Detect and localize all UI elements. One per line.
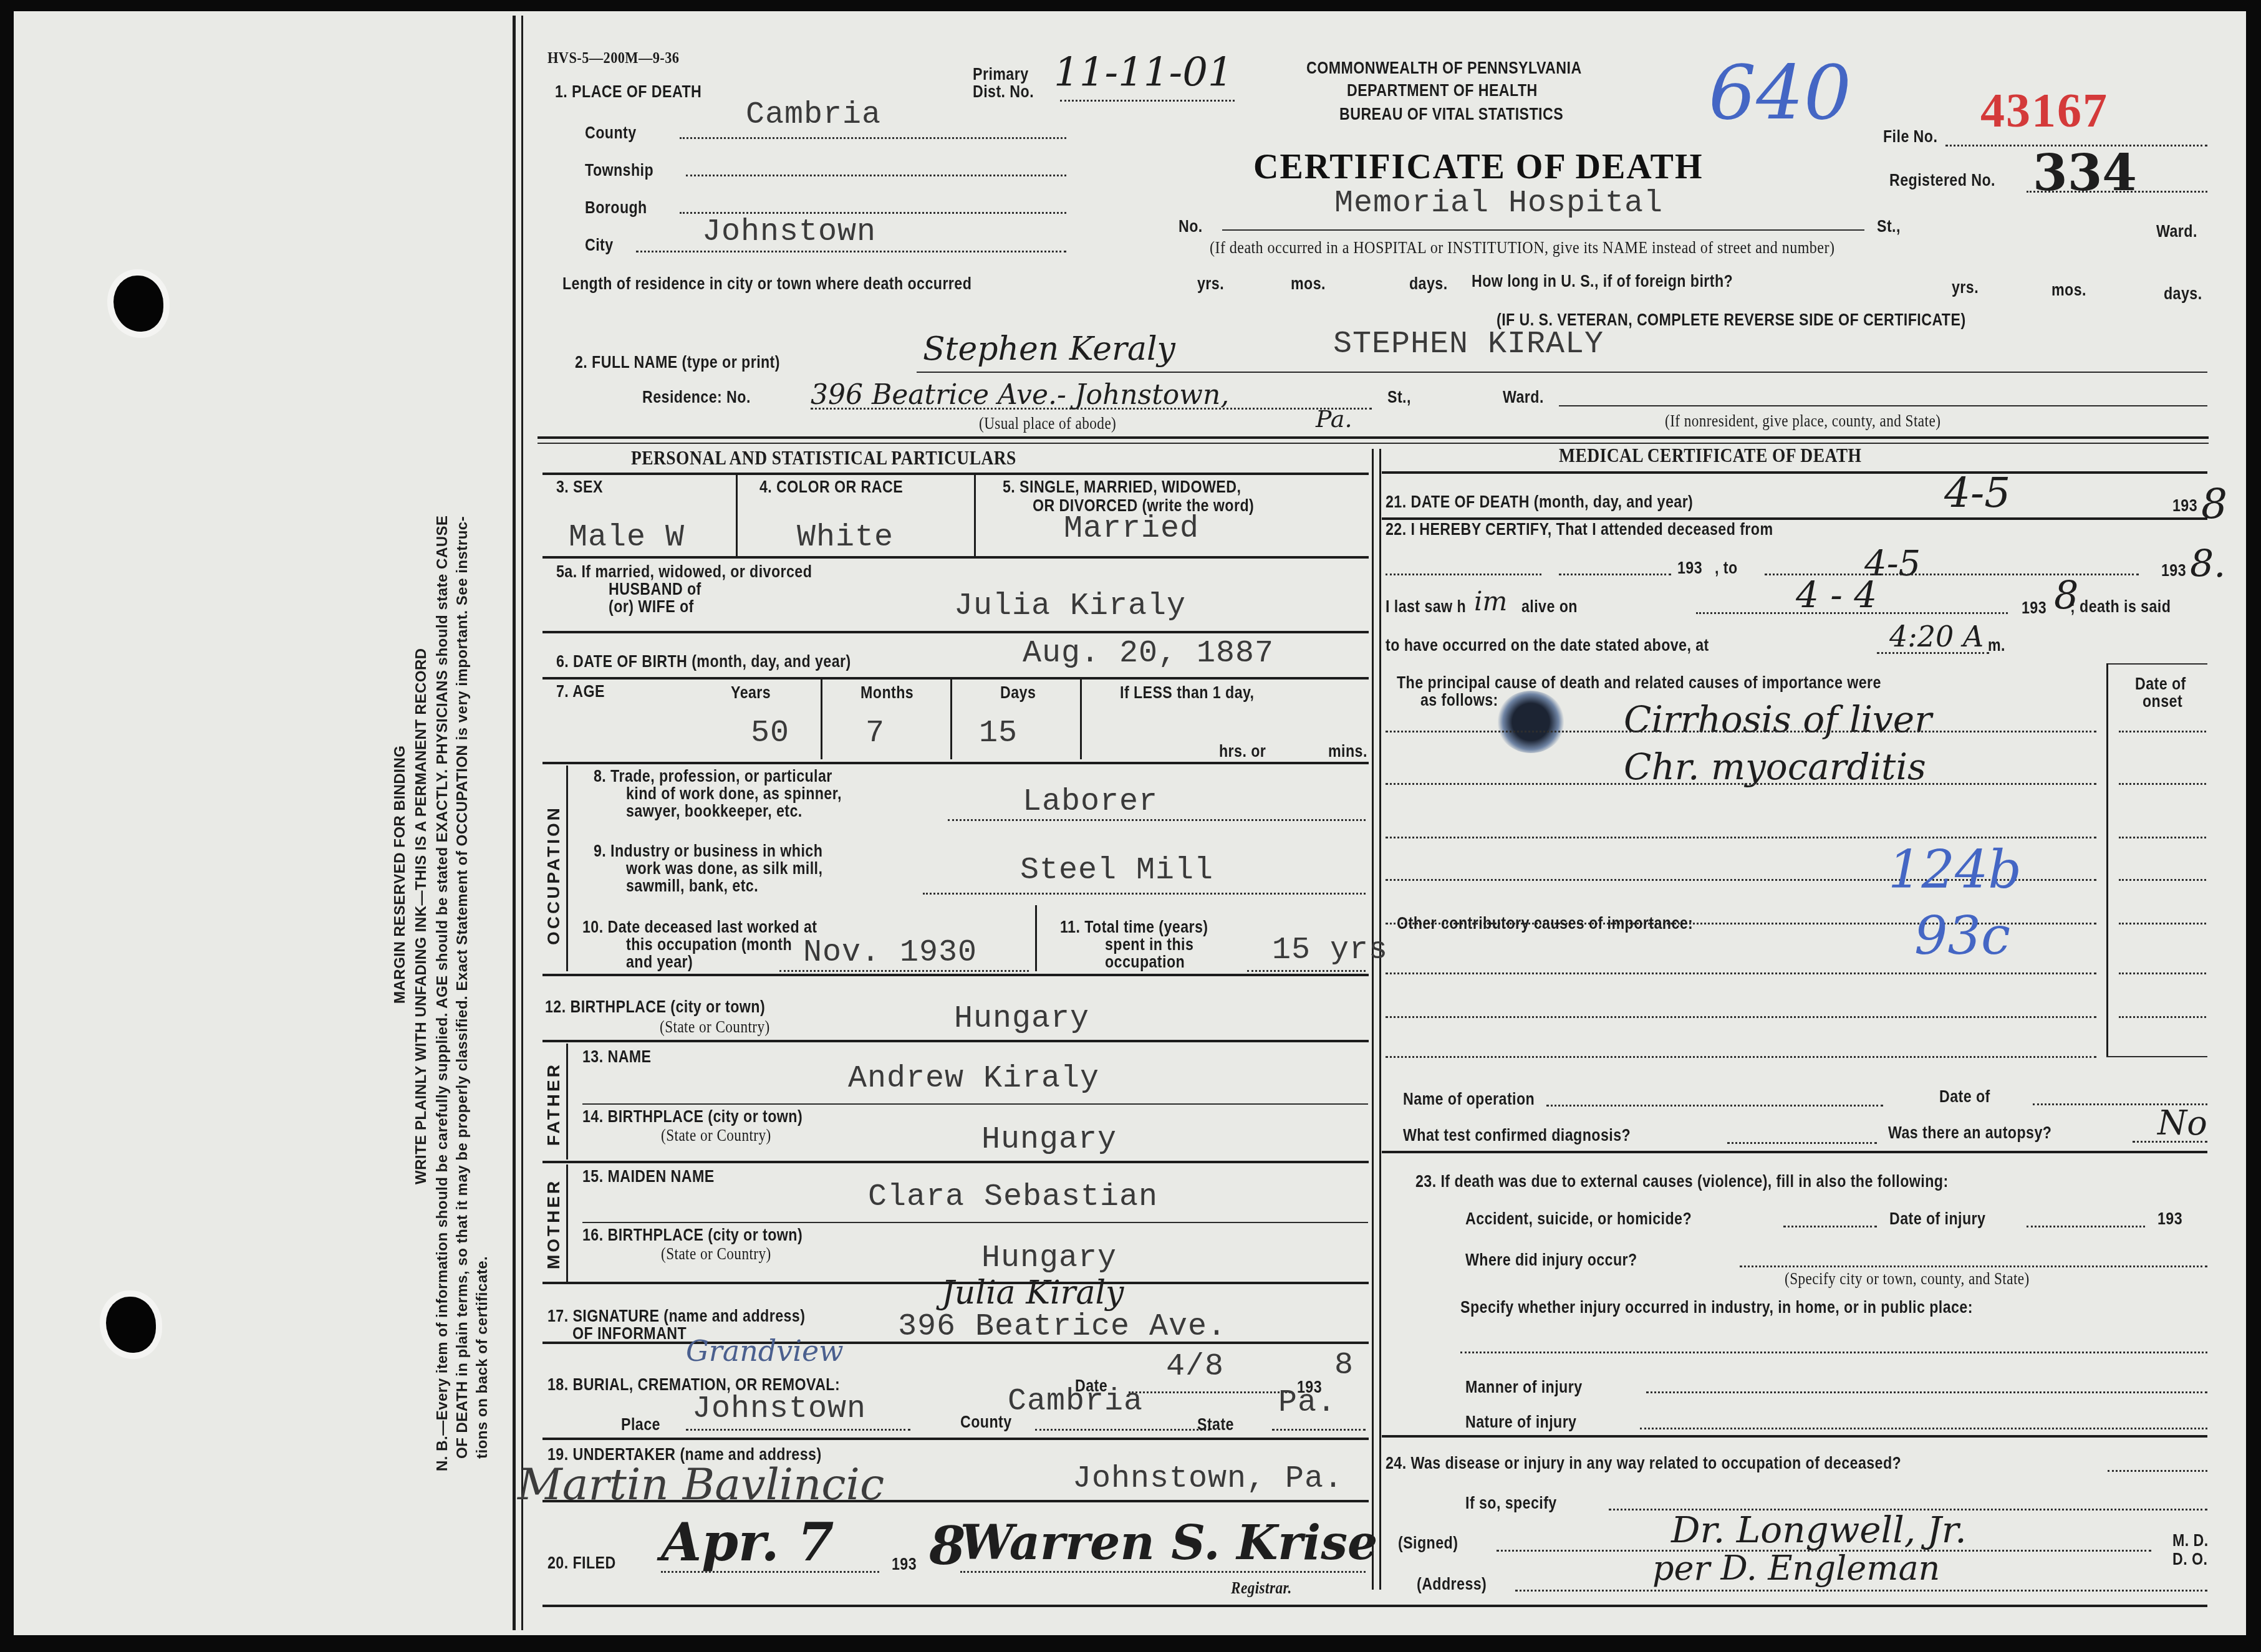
age-years-divider xyxy=(821,680,822,759)
us-yrs: yrs. xyxy=(1952,278,1979,297)
cause-line-2: Chr. myocarditis xyxy=(1624,746,1926,788)
margin-ink-note: WRITE PLAINLY WITH UNFADING INK—THIS IS … xyxy=(413,648,430,1184)
row-rule-5a xyxy=(542,631,1369,633)
birthplace-label-2: (State or Country) xyxy=(660,1017,770,1037)
row-rule-7 xyxy=(542,762,1369,764)
signed-label: (Signed) xyxy=(1398,1534,1458,1553)
trade-label-3: sawyer, bookkeeper, etc. xyxy=(626,802,803,821)
form-code: HVS-5—200M—9-36 xyxy=(547,49,679,67)
row-rule-12 xyxy=(542,1040,1369,1042)
institution-line xyxy=(1222,229,1864,231)
accident-label: Accident, suicide, or homicide? xyxy=(1465,1209,1692,1229)
cause-rule-3 xyxy=(1386,837,2096,838)
last-worked-line xyxy=(779,970,1029,972)
full-name-line xyxy=(917,372,2207,373)
attended-to-year-digit: 8. xyxy=(2190,542,2225,586)
physician-per: per D. Engleman xyxy=(1652,1549,1940,1588)
onset-box-top xyxy=(2106,663,2207,665)
last-worked-value: Nov. 1930 xyxy=(803,935,977,971)
abode-hint: (Usual place of abode) xyxy=(979,414,1116,433)
burial-state-line xyxy=(1272,1429,1366,1431)
attended-to-label: , to xyxy=(1715,559,1738,578)
total-time-label-1: 11. Total time (years) xyxy=(1060,918,1208,937)
operation-label: Name of operation xyxy=(1403,1090,1535,1109)
specify-place-line xyxy=(1460,1352,2207,1353)
certify-label: 22. I HEREBY CERTIFY, That I attended de… xyxy=(1386,520,1773,539)
dod-year-digit: 8 xyxy=(2201,480,2227,528)
spouse-label-3: (or) WIFE of xyxy=(609,597,694,617)
manner-line xyxy=(1646,1391,2207,1393)
sex-label: 3. SEX xyxy=(556,478,603,497)
age-hrs-label: hrs. or xyxy=(1219,742,1266,761)
operation-date-label: Date of xyxy=(1939,1087,1990,1107)
row-rule-11 xyxy=(542,974,1369,976)
address-line xyxy=(1515,1590,2207,1592)
filed-label: 20. FILED xyxy=(547,1554,616,1573)
medical-rule-injury xyxy=(1382,1435,2207,1438)
personal-heading: PERSONAL AND STATISTICAL PARTICULARS xyxy=(631,446,1016,469)
dist-no-label: Dist. No. xyxy=(973,82,1034,102)
father-name-label: 13. NAME xyxy=(582,1047,652,1067)
dod-year-prefix: 193 xyxy=(2172,496,2197,516)
mother-birthplace-value: Hungary xyxy=(981,1241,1117,1276)
registered-no-label: Registered No. xyxy=(1889,171,1995,190)
column-divider-left xyxy=(1372,449,1374,1590)
contributory-rule-2 xyxy=(1386,1016,2096,1018)
age-days-label: Days xyxy=(1000,683,1036,703)
burial-date-value: 4/8 xyxy=(1166,1349,1224,1385)
cause-label-1: The principal cause of death and related… xyxy=(1397,673,1881,693)
trade-label-1: 8. Trade, profession, or particular xyxy=(594,767,832,786)
street-no-label: No. xyxy=(1179,217,1203,236)
blue-code-93c: 93c xyxy=(1914,905,2010,966)
onset-label-1: Date of xyxy=(2135,675,2186,694)
row-rule-15 xyxy=(582,1222,1368,1223)
age-months-label: Months xyxy=(861,683,914,703)
burial-state-value: Pa. xyxy=(1278,1385,1336,1421)
city-value: Johnstown xyxy=(702,214,876,250)
informant-label-1: 17. SIGNATURE (name and address) xyxy=(547,1307,805,1326)
age-mins-label: mins. xyxy=(1328,742,1367,761)
race-label: 4. COLOR OR RACE xyxy=(759,478,903,497)
margin-nb-line-2: OF DEATH in plain terms, so that it may … xyxy=(454,516,471,1459)
mother-side-label: MOTHER xyxy=(544,1179,564,1269)
residence-yrs: yrs. xyxy=(1197,274,1224,294)
last-worked-label-1: 10. Date deceased last worked at xyxy=(582,918,817,937)
injury-date-label: Date of injury xyxy=(1889,1209,1985,1229)
occupation-time-divider xyxy=(1035,905,1037,971)
row-rule-6 xyxy=(542,677,1369,680)
autopsy-label: Was there an autopsy? xyxy=(1888,1123,2051,1143)
birthplace-value: Hungary xyxy=(954,1001,1089,1037)
onset-box-divider xyxy=(2106,663,2108,1056)
informant-label-2: OF INFORMANT xyxy=(572,1324,687,1343)
address-label: (Address) xyxy=(1417,1575,1487,1594)
file-no-label: File No. xyxy=(1883,127,1937,146)
residence-length-label: Length of residence in city or town wher… xyxy=(562,274,971,294)
external-causes-label: 23. If death was due to external causes … xyxy=(1415,1172,1949,1191)
township-label: Township xyxy=(585,161,653,180)
binding-border-right xyxy=(521,16,523,1630)
marital-value: Married xyxy=(1064,511,1199,547)
alive-on-label: alive on xyxy=(1521,597,1578,617)
burial-county-line xyxy=(1035,1429,1210,1431)
mother-birthplace-label-1: 16. BIRTHPLACE (city or town) xyxy=(582,1226,803,1245)
row-rule-20 xyxy=(542,1605,2207,1607)
occurred-label: to have occurred on the date stated abov… xyxy=(1386,636,1709,655)
township-line xyxy=(686,175,1066,176)
registered-no-line xyxy=(2027,191,2207,193)
onset-label-2: onset xyxy=(2143,692,2182,711)
county-label: County xyxy=(585,123,637,143)
undertaker-address: Johnstown, Pa. xyxy=(1073,1461,1343,1497)
father-name-value: Andrew Kiraly xyxy=(848,1061,1099,1097)
physician-signature: Dr. Longwell, Jr. xyxy=(1671,1509,1967,1551)
residence-value: 396 Beatrice Ave.- Johnstown, xyxy=(811,379,1229,411)
dob-label: 6. DATE OF BIRTH (month, day, and year) xyxy=(556,652,851,671)
age-years-label: Years xyxy=(731,683,771,703)
residence-mos: mos. xyxy=(1291,274,1326,294)
mother-side-divider xyxy=(566,1165,568,1282)
certificate-title: CERTIFICATE OF DEATH xyxy=(1253,147,1704,187)
trade-line xyxy=(948,819,1366,821)
occupation-related-label: 24. Was disease or injury in any way rel… xyxy=(1386,1454,1901,1473)
time-line xyxy=(1877,652,1989,654)
column-divider-right xyxy=(1379,449,1381,1590)
age-months-value: 7 xyxy=(865,716,885,751)
residence-ward-label: Ward. xyxy=(1503,388,1544,407)
onset-rule-6 xyxy=(2119,972,2206,974)
dod-value: 4-5 xyxy=(1944,469,2010,517)
death-said-label: ; death is said xyxy=(2070,597,2171,617)
onset-box-bottom xyxy=(2106,1056,2207,1057)
burial-place-value: Johnstown xyxy=(692,1391,866,1427)
city-line xyxy=(636,251,1066,252)
onset-rule-1 xyxy=(2119,731,2206,732)
total-time-value: 15 yrs xyxy=(1272,933,1388,968)
burial-place-line xyxy=(686,1429,910,1431)
onset-rule-4 xyxy=(2119,879,2206,881)
total-time-line xyxy=(1247,970,1366,972)
where-label: Where did injury occur? xyxy=(1465,1251,1637,1270)
how-long-us-label: How long in U. S., if of foreign birth? xyxy=(1472,272,1733,291)
test-line xyxy=(1727,1142,1877,1144)
institution-value: Memorial Hospital xyxy=(1334,186,1663,221)
burial-state-label: State xyxy=(1197,1415,1234,1434)
registrar-line xyxy=(960,1571,1366,1573)
cause-rule-1 xyxy=(1386,731,2096,732)
blue-code-124b: 124b xyxy=(1888,839,2022,900)
primary-label: Primary xyxy=(973,65,1029,84)
time-of-death: 4:20 A xyxy=(1889,620,1984,653)
occupation-related-line xyxy=(2108,1470,2207,1472)
sex-race-divider xyxy=(736,475,738,556)
row-rule-14 xyxy=(542,1161,1369,1163)
attended-to-year-prefix: 193 xyxy=(2161,561,2186,580)
spouse-label-1: 5a. If married, widowed, or divorced xyxy=(556,562,812,582)
father-birthplace-label-1: 14. BIRTHPLACE (city or town) xyxy=(582,1107,803,1126)
residence-ward-line xyxy=(1559,405,2207,406)
burial-year-digit: 8 xyxy=(1334,1348,1354,1383)
operation-line xyxy=(1546,1105,1883,1107)
county-value: Cambria xyxy=(746,97,881,133)
father-side-label: FATHER xyxy=(544,1062,564,1146)
last-worked-label-2: this occupation (month xyxy=(626,935,792,954)
row-rule-17 xyxy=(542,1342,1369,1344)
nonresident-hint: (If nonresident, give place, county, and… xyxy=(1665,411,1940,431)
mother-name-value: Clara Sebastian xyxy=(868,1179,1158,1215)
attended-from-line-1 xyxy=(1386,574,1541,575)
institution-hint: (If death occurred in a HOSPITAL or INST… xyxy=(1210,238,1834,258)
issuer-line-2: DEPARTMENT OF HEALTH xyxy=(1347,81,1538,100)
residence-st-label: St., xyxy=(1387,388,1411,407)
specify-place-label: Specify whether injury occurred in indus… xyxy=(1460,1298,1973,1317)
last-saw-year-prefix: 193 xyxy=(2022,598,2046,618)
age-months-divider xyxy=(950,680,952,759)
mother-name-label: 15. MAIDEN NAME xyxy=(582,1167,715,1186)
total-time-label-3: occupation xyxy=(1105,953,1185,972)
filed-year-prefix: 193 xyxy=(892,1555,917,1574)
punch-hole-top xyxy=(113,276,163,332)
last-saw-date: 4 - 4 xyxy=(1796,574,1877,616)
cause-rule-2 xyxy=(1386,783,2096,785)
industry-label-2: work was done, as silk mill, xyxy=(626,859,822,878)
autopsy-value: No xyxy=(2157,1103,2207,1143)
filed-date-line xyxy=(661,1571,879,1573)
cause-label-2: as follows: xyxy=(1420,691,1498,710)
full-name-label: 2. FULL NAME (type or print) xyxy=(575,353,780,372)
contributory-rule-3 xyxy=(1386,1056,2096,1058)
main-divider-2 xyxy=(538,443,2209,444)
accident-line xyxy=(1783,1226,1877,1227)
county-line xyxy=(680,137,1066,139)
onset-rule-3 xyxy=(2119,837,2206,838)
ink-blot xyxy=(1497,691,1565,753)
blue-annotation-640: 640 xyxy=(1709,50,1851,137)
personal-heading-rule xyxy=(542,473,1369,475)
onset-rule-7 xyxy=(2119,1016,2206,1018)
where-line xyxy=(1740,1265,2207,1267)
binding-border-left xyxy=(513,16,516,1630)
main-divider-1 xyxy=(538,436,2209,439)
medical-rule-operation xyxy=(1382,1151,2207,1153)
race-value: White xyxy=(797,520,894,555)
row-rule-13 xyxy=(582,1103,1368,1105)
margin-nb-line-3: tions on back of certificate. xyxy=(474,1256,491,1459)
md-label: M. D. xyxy=(2172,1531,2209,1550)
occupation-side-divider xyxy=(566,766,568,971)
manner-label: Manner of injury xyxy=(1465,1378,1582,1397)
sex-value: Male W xyxy=(569,520,685,555)
burial-cemetery-handwritten: Grandview xyxy=(686,1334,844,1368)
registrar-label: Registrar. xyxy=(1231,1578,1292,1598)
city-label: City xyxy=(585,236,614,255)
death-certificate: MARGIN RESERVED FOR BINDING WRITE PLAINL… xyxy=(0,0,2261,1652)
place-of-death-heading: 1. PLACE OF DEATH xyxy=(555,82,701,102)
informant-address: 396 Beatrice Ave. xyxy=(898,1309,1227,1345)
issuer-line-3: BUREAU OF VITAL STATISTICS xyxy=(1339,105,1563,124)
residence-days: days. xyxy=(1409,274,1448,294)
last-saw-line xyxy=(1696,612,2008,614)
last-saw-label: I last saw h xyxy=(1386,597,1466,617)
residence-label: Residence: No. xyxy=(642,388,751,407)
burial-county-label: County xyxy=(960,1413,1012,1432)
contributory-label: Other contributory causes of importance: xyxy=(1397,914,1693,933)
industry-label-1: 9. Industry or business in which xyxy=(594,842,822,861)
age-days-divider xyxy=(1080,680,1082,759)
industry-label-3: sawmill, bank, etc. xyxy=(626,876,758,896)
occupation-side-label: OCCUPATION xyxy=(544,805,564,945)
last-worked-label-3: and year) xyxy=(626,953,693,972)
mother-birthplace-label-2: (State or Country) xyxy=(661,1244,771,1264)
spouse-value: Julia Kiraly xyxy=(954,588,1186,624)
spouse-label-2: HUSBAND of xyxy=(609,580,701,599)
attended-from-line-2 xyxy=(1559,574,1671,575)
industry-value: Steel Mill xyxy=(1020,853,1213,888)
onset-rule-2 xyxy=(2119,783,2206,785)
burial-county-value: Cambria xyxy=(1008,1384,1143,1419)
father-side-divider xyxy=(566,1044,568,1160)
full-name-typed: STEPHEN KIRALY xyxy=(1333,327,1604,362)
nature-label: Nature of injury xyxy=(1465,1413,1576,1432)
autopsy-line xyxy=(2133,1141,2207,1143)
cause-line-1: Cirrhosis of liver xyxy=(1624,698,1932,741)
father-birthplace-label-2: (State or Country) xyxy=(661,1126,771,1145)
age-less-label: If LESS than 1 day, xyxy=(1120,683,1254,703)
issuer-line-1: COMMONWEALTH OF PENNSYLVANIA xyxy=(1306,59,1582,78)
street-label: St., xyxy=(1877,217,1901,236)
race-marital-divider xyxy=(974,475,976,556)
do-label: D. O. xyxy=(2172,1550,2207,1569)
contributory-rule-1 xyxy=(1386,972,2096,974)
attended-from-year: 193 xyxy=(1677,559,1702,578)
trade-value: Laborer xyxy=(1023,784,1158,820)
age-days-value: 15 xyxy=(979,716,1018,751)
age-label: 7. AGE xyxy=(556,682,605,701)
filed-date: Apr. 7 xyxy=(661,1511,834,1573)
father-birthplace-value: Hungary xyxy=(981,1122,1117,1158)
marital-label-1: 5. SINGLE, MARRIED, WIDOWED, xyxy=(1003,478,1241,497)
trade-label-2: kind of work done, as spinner, xyxy=(626,784,842,804)
onset-rule-5 xyxy=(2119,923,2206,924)
if-so-label: If so, specify xyxy=(1465,1494,1557,1513)
ward-label: Ward. xyxy=(2156,222,2197,241)
residence-line xyxy=(811,408,1372,410)
dist-no-line xyxy=(1060,100,1235,102)
us-days: days. xyxy=(2164,284,2202,304)
dob-value: Aug. 20, 1887 xyxy=(1023,636,1274,671)
us-mos: mos. xyxy=(2051,281,2086,300)
registered-no-value: 334 xyxy=(2033,143,2137,202)
where-hint: (Specify city or town, county, and State… xyxy=(1785,1269,2030,1289)
margin-nb-line-1: N. B.—Every item of information should b… xyxy=(434,515,451,1471)
test-label: What test confirmed diagnosis? xyxy=(1403,1126,1631,1145)
punch-hole-bottom xyxy=(106,1297,156,1353)
industry-line xyxy=(923,893,1366,895)
dist-no-value: 11-11-01 xyxy=(1054,50,1233,96)
total-time-label-2: spent in this xyxy=(1105,935,1193,954)
injury-date-line xyxy=(2027,1226,2145,1227)
informant-signature: Julia Kiraly xyxy=(942,1274,1124,1312)
time-suffix: m. xyxy=(1988,636,2005,655)
full-name-handwritten: Stephen Keraly xyxy=(923,330,1175,368)
nature-line xyxy=(1640,1428,2207,1429)
row-rule-3 xyxy=(542,556,1369,559)
margin-binding-note: MARGIN RESERVED FOR BINDING xyxy=(392,746,409,1004)
row-rule-19 xyxy=(542,1500,1369,1502)
last-saw-pronoun: im xyxy=(1474,586,1507,617)
medical-heading: MEDICAL CERTIFICATE OF DEATH xyxy=(1559,444,1861,467)
row-rule-18 xyxy=(542,1438,1369,1440)
burial-place-label: Place xyxy=(621,1415,660,1434)
file-no-stamp: 43167 xyxy=(1980,82,2108,138)
age-years-value: 50 xyxy=(751,716,789,751)
registrar-signature: Warren S. Krise xyxy=(960,1515,1377,1570)
dod-label: 21. DATE OF DEATH (month, day, and year) xyxy=(1386,492,1693,512)
borough-line xyxy=(680,212,1066,214)
medical-heading-rule xyxy=(1382,471,2207,474)
birthplace-label-1: 12. BIRTHPLACE (city or town) xyxy=(545,997,765,1017)
burial-date-line xyxy=(1129,1391,1291,1393)
injury-year-prefix: 193 xyxy=(2157,1209,2182,1229)
borough-label: Borough xyxy=(585,198,647,218)
